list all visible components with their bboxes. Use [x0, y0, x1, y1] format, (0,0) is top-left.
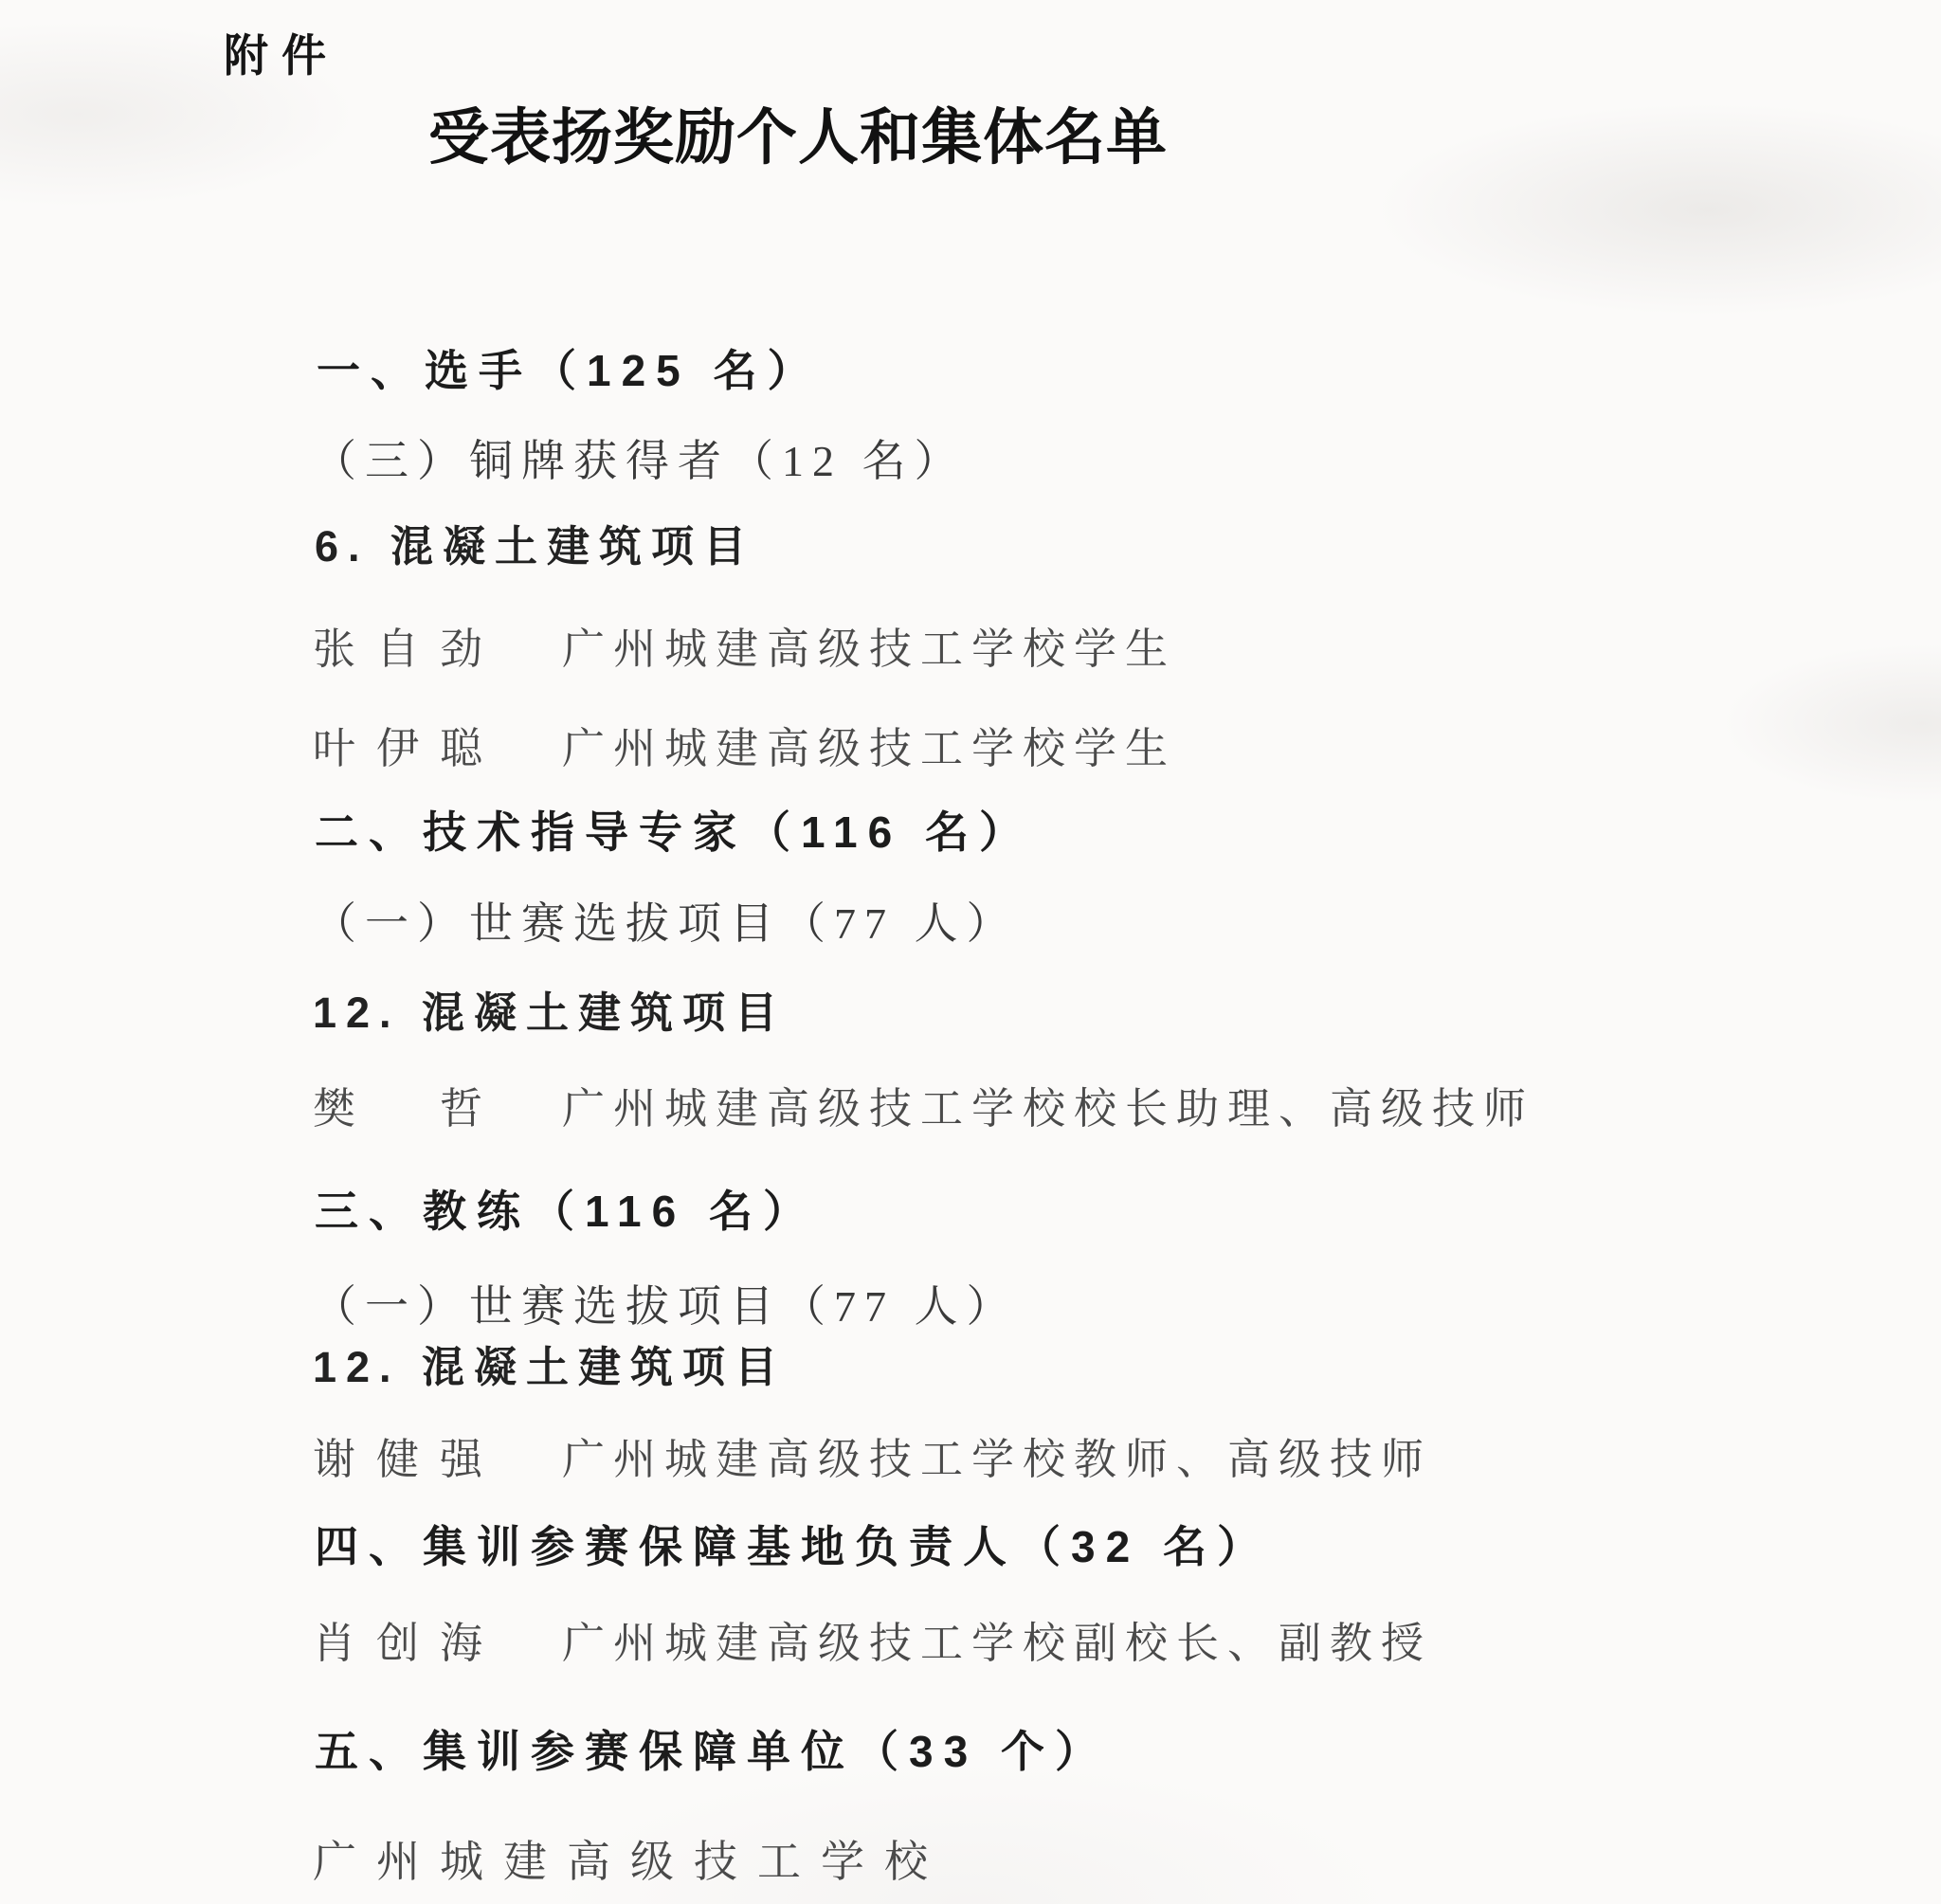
- page-title: 受表扬奖励个人和集体名单: [428, 89, 1168, 176]
- section-heading-coaches: 三、教练（116 名）: [315, 1177, 817, 1240]
- project-heading-concrete: 12. 混凝土建筑项目: [313, 978, 787, 1040]
- entry-name: 谢健强: [313, 1436, 503, 1483]
- entry-row: 叶伊聪广州城建高级技工学校学生: [313, 714, 1176, 775]
- project-heading-concrete: 6. 混凝土建筑项目: [315, 512, 755, 573]
- entry-row: 谢健强广州城建高级技工学校教师、高级技师: [313, 1424, 1432, 1486]
- entry-row: 肖创海广州城建高级技工学校副校长、副教授: [313, 1608, 1432, 1670]
- entry-name: 张自劲: [313, 626, 503, 673]
- entry-affiliation: 广州城建高级技工学校学生: [562, 725, 1176, 772]
- entry-affiliation: 广州城建高级技工学校学生: [562, 626, 1176, 673]
- entry-affiliation: 广州城建高级技工学校副校长、副教授: [562, 1620, 1432, 1667]
- scanned-document-page: 附件 受表扬奖励个人和集体名单 一、选手（125 名） （三）铜牌获得者（12 …: [0, 0, 1941, 1904]
- unit-name: 广州城建高级技工学校: [313, 1827, 948, 1890]
- section-heading-support-units: 五、集训参赛保障单位（33 个）: [315, 1717, 1109, 1780]
- attachment-label: 附件: [224, 21, 339, 84]
- entry-name: 樊 哲: [313, 1085, 503, 1133]
- entry-name: 肖创海: [313, 1620, 503, 1667]
- subsection-heading-worldskills: （一）世赛选拔项目（77 人）: [313, 1272, 1019, 1334]
- section-heading-experts: 二、技术指导专家（116 名）: [315, 798, 1033, 861]
- entry-affiliation: 广州城建高级技工学校教师、高级技师: [562, 1436, 1432, 1483]
- section-heading-base-leaders: 四、集训参赛保障基地负责人（32 名）: [315, 1513, 1271, 1575]
- entry-row: 张自劲广州城建高级技工学校学生: [313, 614, 1176, 676]
- entry-name: 叶伊聪: [313, 725, 503, 772]
- project-heading-concrete: 12. 混凝土建筑项目: [313, 1333, 787, 1394]
- entry-row: 樊 哲广州城建高级技工学校校长助理、高级技师: [313, 1074, 1534, 1135]
- entry-affiliation: 广州城建高级技工学校校长助理、高级技师: [562, 1085, 1534, 1133]
- subsection-heading-worldskills: （一）世赛选拔项目（77 人）: [313, 889, 1019, 952]
- subsection-heading-bronze: （三）铜牌获得者（12 名）: [313, 426, 967, 489]
- section-heading-players: 一、选手（125 名）: [317, 336, 822, 399]
